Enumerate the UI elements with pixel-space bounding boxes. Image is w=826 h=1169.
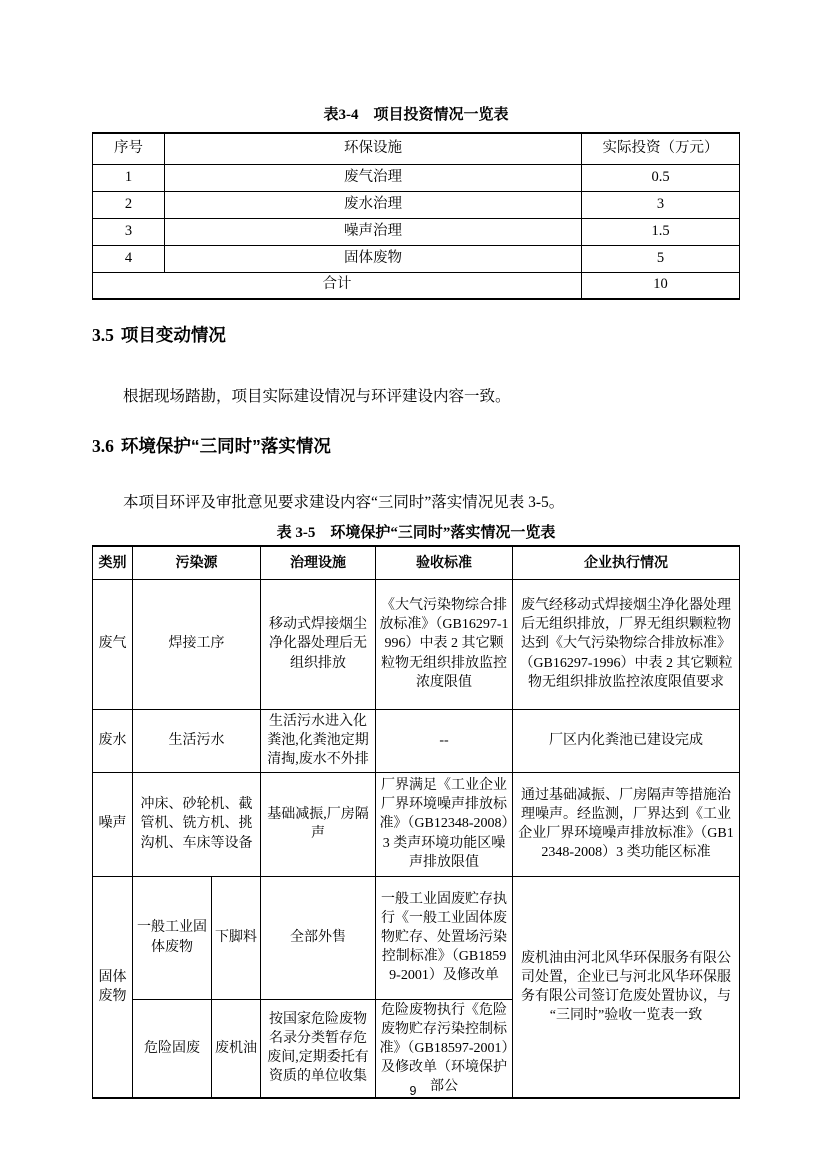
table-3-4-header-row: 序号 环保设施 实际投资（万元） bbox=[93, 133, 740, 164]
col-header-category: 类别 bbox=[93, 546, 133, 579]
cell-investment: 0.5 bbox=[582, 164, 740, 191]
cell-total-label: 合计 bbox=[93, 272, 582, 299]
cell-treatment: 移动式焊接烟尘净化器处理后无组织排放 bbox=[261, 579, 376, 709]
document-page: 表3-4 项目投资情况一览表 序号 环保设施 实际投资（万元） 1 废气治理 0… bbox=[0, 0, 826, 1169]
cell-source: 焊接工序 bbox=[133, 579, 261, 709]
table-row: 4 固体废物 5 bbox=[93, 245, 740, 272]
cell-execution: 厂区内化粪池已建设完成 bbox=[513, 709, 740, 772]
cell-standard: 危险废物执行《危险废物贮存污染控制标准》（GB18597-2001）及修改单（环… bbox=[376, 999, 513, 1098]
cell-category: 废气 bbox=[93, 579, 133, 709]
section-3-5-paragraph: 根据现场踏勘，项目实际建设情况与环评建设内容一致。 bbox=[92, 387, 740, 407]
col-header-index: 序号 bbox=[93, 133, 165, 164]
cell-execution: 废机油由河北风华环保服务有限公司处置，企业已与河北风华环保服务有限公司签订危废处… bbox=[513, 876, 740, 1098]
cell-treatment: 基础减振,厂房隔声 bbox=[261, 772, 376, 876]
cell-standard: 厂界满足《工业企业厂界环境噪声排放标准》（GB12348-2008）3 类声环境… bbox=[376, 772, 513, 876]
table-row-waste-gas: 废气 焊接工序 移动式焊接烟尘净化器处理后无组织排放 《大气污染物综合排放标准》… bbox=[93, 579, 740, 709]
cell-investment: 1.5 bbox=[582, 218, 740, 245]
cell-facility: 废气治理 bbox=[165, 164, 582, 191]
section-number: 3.6 bbox=[92, 436, 114, 456]
col-header-facility: 环保设施 bbox=[165, 133, 582, 164]
table-row: 1 废气治理 0.5 bbox=[93, 164, 740, 191]
cell-category: 噪声 bbox=[93, 772, 133, 876]
cell-category: 固体废物 bbox=[93, 876, 133, 1098]
cell-source: 冲床、砂轮机、截管机、铣方机、挑沟机、车床等设备 bbox=[133, 772, 261, 876]
cell-treatment: 全部外售 bbox=[261, 876, 376, 999]
table-3-5-title: 表 3-5 环境保护“三同时”落实情况一览表 bbox=[92, 523, 740, 543]
cell-category: 废水 bbox=[93, 709, 133, 772]
cell-material: 废机油 bbox=[212, 999, 261, 1098]
cell-investment: 5 bbox=[582, 245, 740, 272]
cell-standard: 一般工业固废贮存执行《一般工业固体废物贮存、处置场污染控制标准》（GB18599… bbox=[376, 876, 513, 999]
section-3-6-paragraph: 本项目环评及审批意见要求建设内容“三同时”落实情况见表 3-5。 bbox=[92, 493, 740, 513]
cell-total-value: 10 bbox=[582, 272, 740, 299]
col-header-source: 污染源 bbox=[133, 546, 261, 579]
cell-investment: 3 bbox=[582, 191, 740, 218]
section-title: 环境保护“三同时”落实情况 bbox=[121, 436, 331, 456]
table-row-general-solid-waste: 固体废物 一般工业固体废物 下脚料 全部外售 一般工业固废贮存执行《一般工业固体… bbox=[93, 876, 740, 999]
table-3-4: 序号 环保设施 实际投资（万元） 1 废气治理 0.5 2 废水治理 3 3 噪… bbox=[92, 132, 740, 300]
cell-treatment: 按国家危险废物名录分类暂存危废间,定期委托有资质的单位收集 bbox=[261, 999, 376, 1098]
cell-source: 危险固废 bbox=[133, 999, 212, 1098]
table-row-waste-water: 废水 生活污水 生活污水进入化粪池,化粪池定期清掏,废水不外排 -- 厂区内化粪… bbox=[93, 709, 740, 772]
cell-facility: 噪声治理 bbox=[165, 218, 582, 245]
cell-index: 3 bbox=[93, 218, 165, 245]
cell-material: 下脚料 bbox=[212, 876, 261, 999]
table-3-5-header-row: 类别 污染源 治理设施 验收标准 企业执行情况 bbox=[93, 546, 740, 579]
section-title: 项目变动情况 bbox=[121, 325, 226, 345]
section-3-6-heading: 3.6环境保护“三同时”落实情况 bbox=[92, 434, 740, 458]
cell-treatment: 生活污水进入化粪池,化粪池定期清掏,废水不外排 bbox=[261, 709, 376, 772]
page-number: 9 bbox=[0, 1084, 826, 1098]
cell-index: 4 bbox=[93, 245, 165, 272]
cell-facility: 废水治理 bbox=[165, 191, 582, 218]
cell-source: 一般工业固体废物 bbox=[133, 876, 212, 999]
table-row: 3 噪声治理 1.5 bbox=[93, 218, 740, 245]
table-total-row: 合计 10 bbox=[93, 272, 740, 299]
cell-execution: 废气经移动式焊接烟尘净化器处理后无组织排放，厂界无组织颗粒物达到《大气污染物综合… bbox=[513, 579, 740, 709]
col-header-investment: 实际投资（万元） bbox=[582, 133, 740, 164]
cell-standard: 《大气污染物综合排放标准》（GB16297-1996）中表 2 其它颗粒物无组织… bbox=[376, 579, 513, 709]
section-3-5-heading: 3.5项目变动情况 bbox=[92, 323, 740, 347]
table-3-4-title: 表3-4 项目投资情况一览表 bbox=[92, 105, 740, 125]
table-row-noise: 噪声 冲床、砂轮机、截管机、铣方机、挑沟机、车床等设备 基础减振,厂房隔声 厂界… bbox=[93, 772, 740, 876]
table-3-5: 类别 污染源 治理设施 验收标准 企业执行情况 废气 焊接工序 移动式焊接烟尘净… bbox=[92, 545, 740, 1099]
section-number: 3.5 bbox=[92, 325, 114, 345]
cell-index: 2 bbox=[93, 191, 165, 218]
cell-standard: -- bbox=[376, 709, 513, 772]
cell-facility: 固体废物 bbox=[165, 245, 582, 272]
col-header-treatment: 治理设施 bbox=[261, 546, 376, 579]
cell-execution: 通过基础减振、厂房隔声等措施治理噪声。经监测，厂界达到《工业企业厂界环境噪声排放… bbox=[513, 772, 740, 876]
col-header-execution: 企业执行情况 bbox=[513, 546, 740, 579]
cell-index: 1 bbox=[93, 164, 165, 191]
table-row: 2 废水治理 3 bbox=[93, 191, 740, 218]
cell-source: 生活污水 bbox=[133, 709, 261, 772]
col-header-standard: 验收标准 bbox=[376, 546, 513, 579]
